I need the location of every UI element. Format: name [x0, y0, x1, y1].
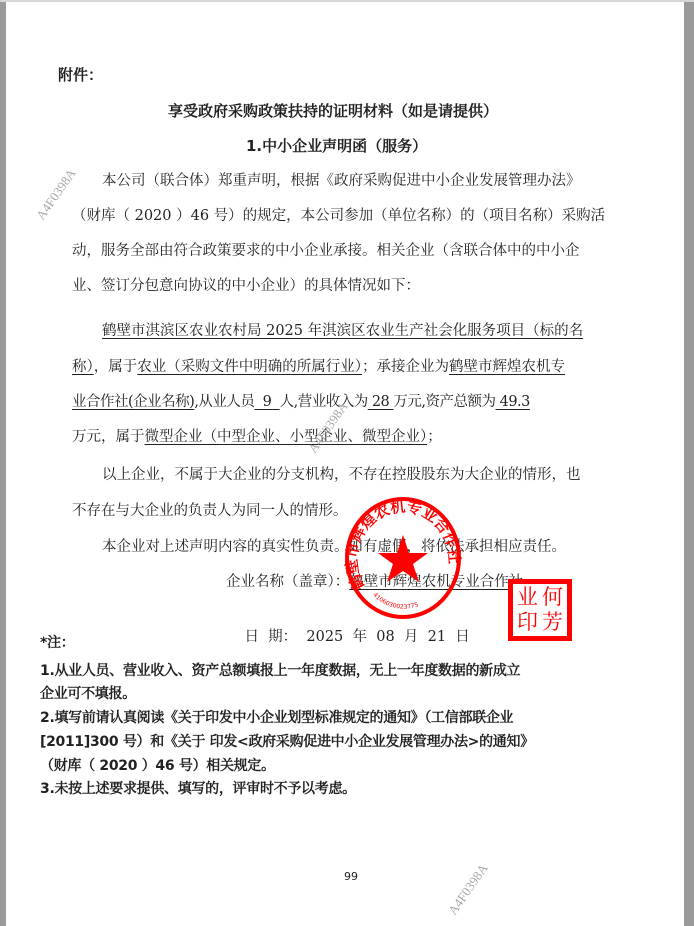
svg-text:4106030023775: 4106030023775 [372, 591, 420, 610]
company-seal-stamp: 鹤壁市辉煌农机专业合作社 4106030023775 [343, 495, 463, 621]
paragraph1-line1: 本公司（联合体）郑重声明，根据《政府采购促进中小企业发展管理办法》 [102, 172, 581, 190]
personal-seal-stamp: 业 何 印 芳 [508, 579, 572, 641]
industry-field: 农业（采购文件中明确的所属行业） [137, 359, 362, 375]
employees-field: 9 [254, 394, 279, 410]
note-item: 企业可不填报。 [40, 685, 136, 703]
text: ；承接企业为 [362, 359, 449, 375]
text: ，属于 [94, 359, 138, 375]
page-number: 99 [344, 870, 358, 883]
company-name-field-end: 业合作社(企业名称) [72, 394, 194, 410]
enterprise-type-field: 微型企业（中型企业、小型企业、微型企业） [145, 429, 428, 445]
document-page: 附件： 享受政府采购政策扶持的证明材料（如是请提供） 1.中小企业声明函（服务）… [6, 2, 684, 926]
text: ,从业人员 [194, 394, 254, 410]
text: ； [427, 429, 442, 445]
project-name-end: 称） [72, 359, 94, 375]
seal-char: 业 [515, 585, 540, 610]
date-value: 2025 年 08 月 21 日 [306, 629, 469, 645]
paragraph4: 本企业对上述声明内容的真实性负责。如有虚假，将依法承担相应责任。 [102, 538, 566, 556]
note-item: 1.从业人员、营业收入、资产总额填报上一年度数据，无上一年度数据的新成立 [40, 662, 520, 680]
date-label: 日 期： [244, 629, 297, 645]
seal-number: 4106030023775 [372, 591, 420, 610]
seal-char: 何 [540, 585, 565, 610]
assets-field: 49.3 [496, 394, 530, 410]
note-item: 2.填写前请认真阅读《关于印发中小企业划型标准规定的通知》（工信部联企业 [40, 709, 513, 727]
company-name-field: 鹤壁市辉煌农机专 [449, 359, 565, 375]
document-title: 享受政府采购政策扶持的证明材料（如是请提供） [168, 102, 498, 120]
seal-char: 芳 [540, 610, 565, 635]
project-name-line: 鹤壁市淇滨区农业农村局 2025 年淇滨区农业生产社会化服务项目（标的名 [102, 322, 583, 340]
text: 人,营业收入为 [280, 394, 368, 410]
note-item: 3.未按上述要求提供、填写的，评审时不予以考虑。 [40, 780, 356, 798]
paragraph2-line4: 万元，属于微型企业（中型企业、小型企业、微型企业）； [72, 428, 442, 446]
paragraph1-line2: （财库（ 2020 ）46 号）的规定，本公司参加（单位名称）的（项目名称）采购… [72, 207, 605, 225]
company-label: 企业名称（盖章）： [226, 574, 349, 590]
attachment-label: 附件： [58, 66, 103, 84]
paragraph3-line1: 以上企业，不属于大企业的分支机构，不存在控股股东为大企业的情形，也 [102, 466, 581, 484]
paragraph1-line3: 动，服务全部由符合政策要求的中小企业承接。相关企业（含联合体中的中小企 [72, 242, 580, 260]
paragraph2-line3: 业合作社(企业名称),从业人员 9 人,营业收入为 28 万元,资产总额为 49… [72, 393, 530, 411]
paragraph2-line2: 称），属于农业（采购文件中明确的所属行业）；承接企业为鹤壁市辉煌农机专 [72, 358, 565, 376]
notes-header: *注： [40, 634, 74, 652]
document-subtitle: 1.中小企业声明函（服务） [246, 137, 427, 155]
seal-char: 印 [515, 610, 540, 635]
revenue-field: 28 [368, 394, 394, 410]
paragraph3-line2: 不存在与大企业的负责人为同一人的情形。 [72, 502, 348, 520]
note-item: （财库（ 2020 ）46 号）相关规定。 [40, 757, 275, 775]
watermark: A4F0398A [445, 861, 492, 918]
text: 万元，属于 [72, 429, 145, 445]
paragraph1-line4: 业、签订分包意向协议的中小企业）的具体情况如下： [72, 277, 420, 295]
text: 万元,资产总额为 [393, 394, 495, 410]
note-item: [2011]300 号）和《关于 印发<政府采购促进中小企业发展管理办法>的通知… [40, 733, 534, 751]
